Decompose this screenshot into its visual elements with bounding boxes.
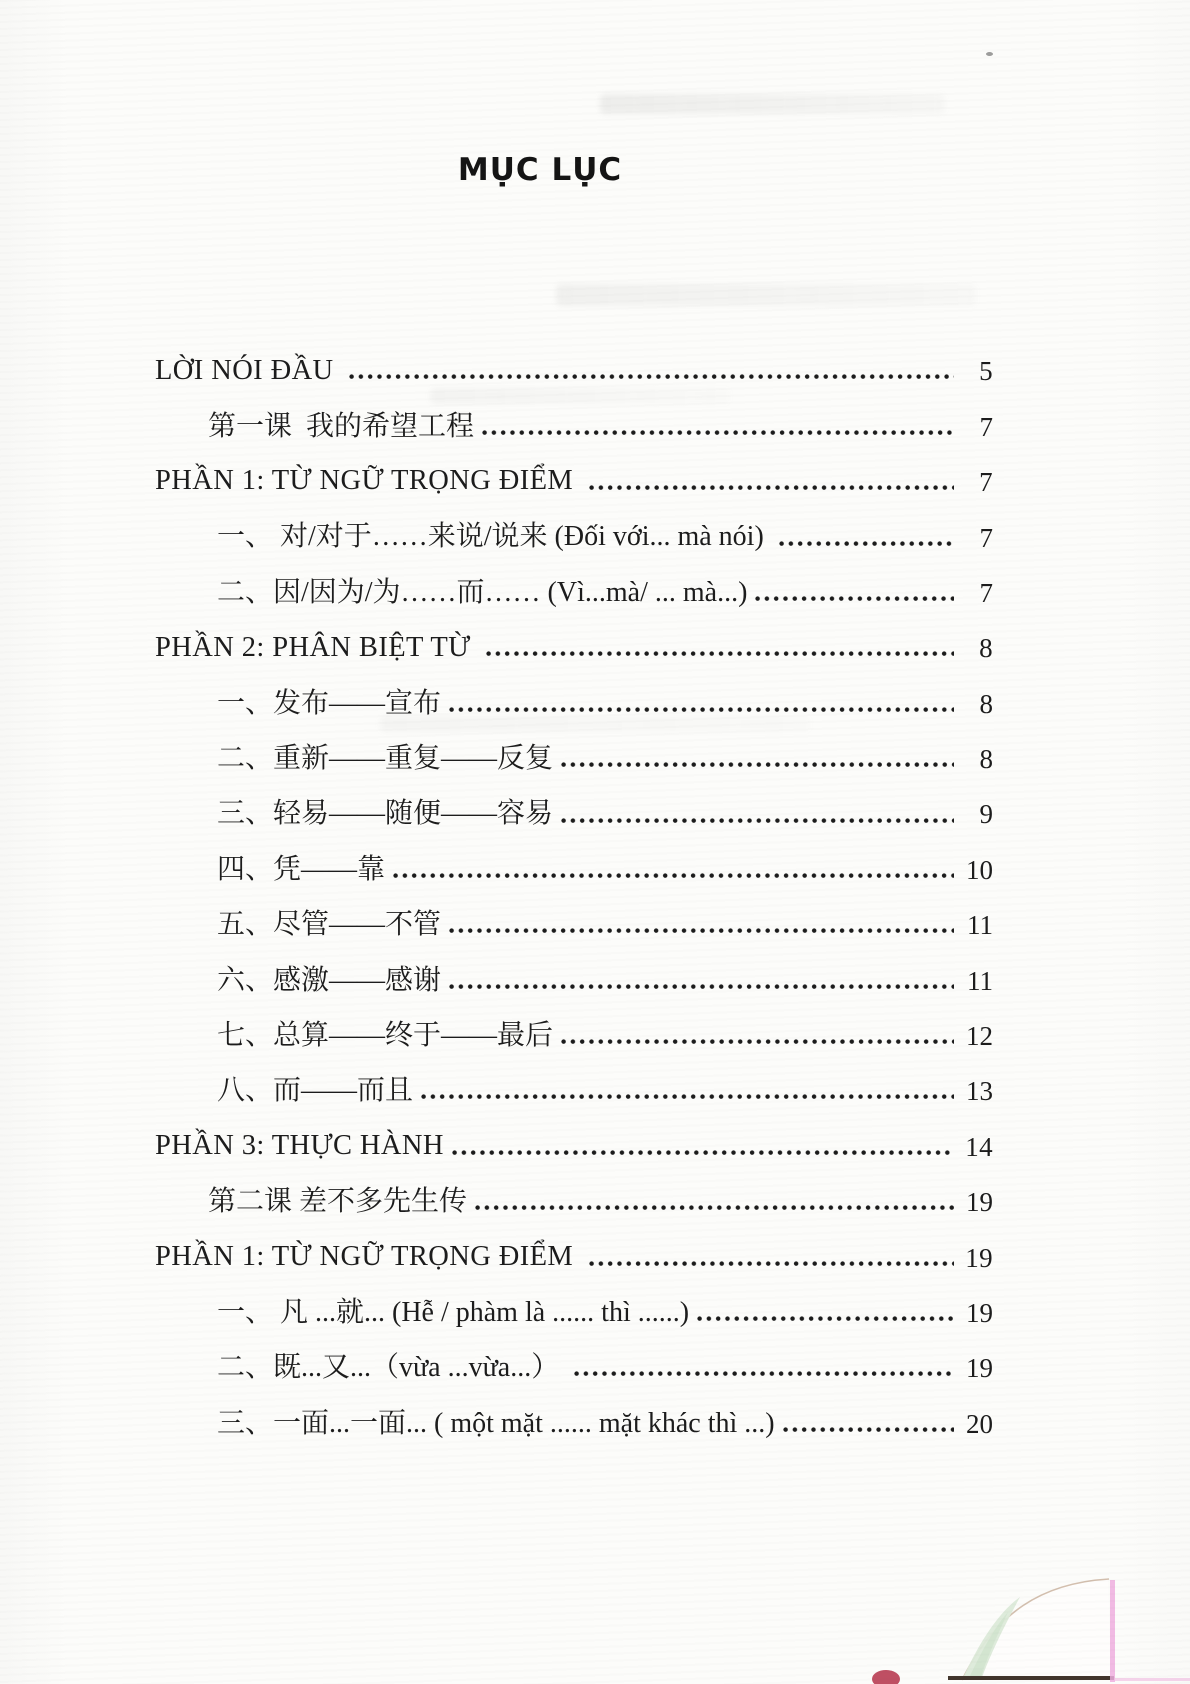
dot-leader (561, 762, 954, 767)
toc-entry: 一、 凡 ...就... (Hễ / phàm là ...... thì ..… (155, 1274, 993, 1329)
dot-leader (755, 596, 954, 601)
toc-entry: 五、尽管——不管 11 (155, 886, 993, 941)
toc-entry: 二、重新——重复——反复 8 (155, 720, 993, 775)
toc-entry: LỜI NÓI ĐẦU 5 (155, 332, 993, 387)
toc-entry-page: 19 (957, 1353, 993, 1384)
toc-entry-page: 7 (957, 523, 993, 554)
dot-leader (449, 707, 954, 712)
toc-entry: 八、而——而且 13 (155, 1052, 993, 1107)
toc-entry-page: 13 (957, 1076, 993, 1107)
toc-entry-page: 11 (957, 966, 993, 997)
toc-entry-label: PHẦN 3: THỰC HÀNH (155, 1130, 444, 1163)
toc-entry-label: 二、重新——重复——反复 (217, 743, 553, 775)
toc-entry-label: 五、尽管——不管 (217, 909, 441, 941)
toc-entry-page: 7 (957, 412, 993, 443)
toc-entry-label: 六、感激——感谢 (217, 965, 441, 997)
toc-entry-page: 10 (957, 855, 993, 886)
toc-entry-label: 第一课 我的希望工程 (208, 411, 474, 443)
toc-entry-page: 7 (957, 578, 993, 609)
scan-speck (986, 52, 993, 56)
dot-leader (393, 873, 954, 878)
toc-entry: 一、发布——宣布 8 (155, 664, 993, 719)
toc-entry: 第一课 我的希望工程 7 (155, 387, 993, 442)
toc-entry-page: 12 (957, 1021, 993, 1052)
dot-leader (421, 1094, 954, 1099)
toc-entry: 七、总算——终于——最后 12 (155, 997, 993, 1052)
bleedthrough-smudge (556, 284, 976, 306)
toc-entry-label: 一、 对/对于……来说/说来 (Đối với... mà nói) (217, 521, 771, 553)
toc-entry-label: 二、既...又...（vừa ...vừa...） (217, 1352, 566, 1384)
toc-entry: 四、凭——靠 10 (155, 831, 993, 886)
toc-entry-label: PHẦN 1: TỪ NGỮ TRỌNG ĐIỂM (155, 465, 581, 498)
toc-entry-page: 14 (957, 1132, 993, 1163)
toc-entry: 六、感激——感谢 11 (155, 941, 993, 996)
dot-leader (589, 1261, 954, 1266)
toc-entry-page: 5 (957, 356, 993, 387)
toc-entry-label: 八、而——而且 (217, 1075, 413, 1107)
toc-entry-label: 一、 凡 ...就... (Hễ / phàm là ...... thì ..… (217, 1297, 689, 1329)
toc-list: LỜI NÓI ĐẦU 5 第一课 我的希望工程 7 PHẦN 1: TỪ NG… (155, 332, 993, 1440)
toc-entry: 第二课 差不多先生传 19 (155, 1163, 993, 1218)
dot-leader (697, 1316, 954, 1321)
toc-entry: PHẦN 3: THỰC HÀNH 14 (155, 1107, 993, 1162)
toc-entry-label: PHẦN 2: PHÂN BIỆT TỪ (155, 632, 478, 665)
dot-leader (449, 928, 954, 933)
dot-leader (779, 541, 954, 546)
dot-leader (449, 984, 954, 989)
toc-entry-page: 19 (957, 1243, 993, 1274)
dot-leader (452, 1150, 954, 1155)
toc-entry-label: 七、总算——终于——最后 (217, 1020, 553, 1052)
page-curl (870, 1554, 1190, 1684)
toc-entry-page: 20 (957, 1409, 993, 1440)
dot-leader (349, 374, 954, 379)
toc-entry-label: 二、因/因为/为……而…… (Vì...mà/ ... mà...) (217, 577, 747, 609)
toc-entry-page: 8 (957, 689, 993, 720)
toc-entry-page: 8 (957, 633, 993, 664)
toc-entry-label: 三、轻易——随便——容易 (217, 798, 553, 830)
toc-entry-label: PHẦN 1: TỪ NGỮ TRỌNG ĐIỂM (155, 1241, 581, 1274)
toc-entry: 三、轻易——随便——容易 9 (155, 775, 993, 830)
bleedthrough-smudge (600, 94, 945, 114)
dot-leader (589, 485, 954, 490)
toc-entry-label: LỜI NÓI ĐẦU (155, 355, 341, 388)
dot-leader (574, 1371, 954, 1376)
toc-entry-label: 三、一面...一面... ( một mặt ...... mặt khác t… (217, 1408, 775, 1440)
toc-entry: PHẦN 1: TỪ NGỮ TRỌNG ĐIỂM 7 (155, 443, 993, 498)
toc-entry: 一、 对/对于……来说/说来 (Đối với... mà nói) 7 (155, 498, 993, 553)
dot-leader (783, 1427, 954, 1432)
scanned-page: MỤC LỤC LỜI NÓI ĐẦU 5 第一课 我的希望工程 7 PHẦN … (0, 0, 1190, 1684)
dot-leader (486, 651, 954, 656)
toc-entry-label: 四、凭——靠 (217, 854, 385, 886)
dot-leader (475, 1205, 954, 1210)
toc-entry-page: 8 (957, 744, 993, 775)
toc-entry-page: 9 (957, 799, 993, 830)
toc-entry: PHẦN 2: PHÂN BIỆT TỪ 8 (155, 609, 993, 664)
toc-entry: 二、既...又...（vừa ...vừa...） 19 (155, 1329, 993, 1384)
dot-leader (561, 818, 954, 823)
toc-entry-page: 19 (957, 1298, 993, 1329)
toc-entry: 三、一面...一面... ( một mặt ...... mặt khác t… (155, 1384, 993, 1439)
toc-entry-page: 7 (957, 467, 993, 498)
toc-entry-page: 19 (957, 1187, 993, 1218)
toc-entry-page: 11 (957, 910, 993, 941)
toc-entry: PHẦN 1: TỪ NGỮ TRỌNG ĐIỂM 19 (155, 1218, 993, 1273)
toc-entry: 二、因/因为/为……而…… (Vì...mà/ ... mà...) 7 (155, 554, 993, 609)
toc-entry-label: 第二课 差不多先生传 (208, 1186, 467, 1218)
dot-leader (561, 1039, 954, 1044)
page-title: MỤC LỤC (420, 152, 660, 188)
dot-leader (482, 430, 954, 435)
toc-entry-label: 一、发布——宣布 (217, 688, 441, 720)
